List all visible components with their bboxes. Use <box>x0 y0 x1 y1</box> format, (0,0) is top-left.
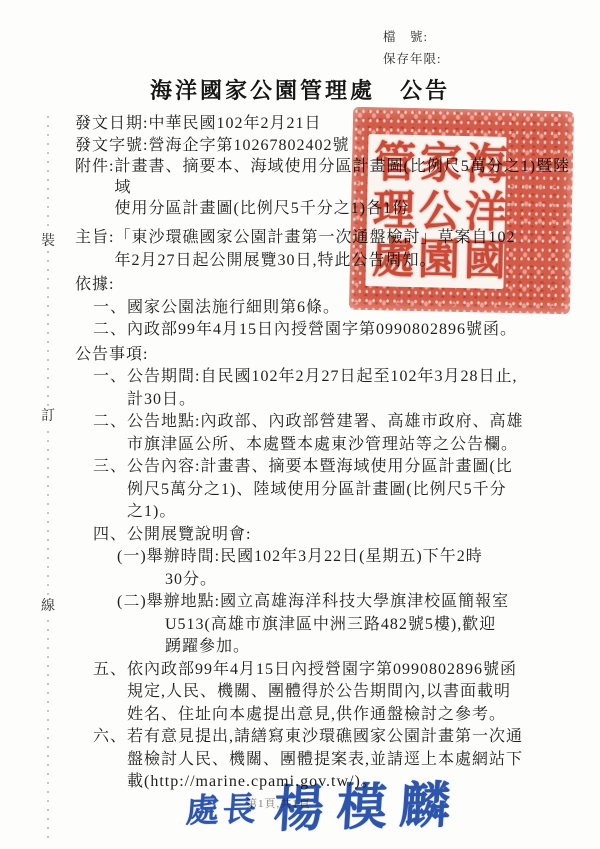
issue-date-label: 發文日期: <box>75 113 148 134</box>
announcement-item-5: 五、依內政部99年4月15日內授營園字第0990802896號函 規定,人民、機… <box>93 659 580 727</box>
file-number-block: 檔 號: 保存年限: <box>383 26 441 70</box>
announcement-item-3: 三、公告內容:計畫書、摘要本暨海域使用分區計畫圖(比 例尺5萬分之1)、陸域使用… <box>93 456 580 524</box>
retention-label: 保存年限: <box>383 48 441 70</box>
binding-dotted-line <box>47 116 49 841</box>
signature-title: 處長 <box>185 782 262 831</box>
announcement-item-1: 一、公告期間:自民國102年2月27日起至102年3月28日止, 計30日。 <box>93 366 580 411</box>
binding-mark-ding: 訂 <box>40 409 56 425</box>
binding-mark-xian: 線 <box>40 599 56 615</box>
seal-column-3: 管理處 <box>365 138 414 283</box>
announcement-item-4-sub-2: (二)舉辦地點:國立高雄海洋科技大學旗津校區簡報室 U513(高雄市旗津區中洲三… <box>117 591 580 659</box>
announcement-heading: 公告事項: <box>75 344 580 367</box>
announcement-item-2: 二、公告地點:內政部、內政部營建署、高雄市政府、高雄 市旗津區公所、本處暨本處東… <box>93 411 580 456</box>
binding-mark-zhuang: 裝 <box>40 234 56 250</box>
seal-column-2: 家公園 <box>411 139 460 284</box>
document-page: 檔 號: 保存年限: 海洋國家公園管理處 公告 裝 訂 線 發文日期: 中華民國… <box>0 0 600 849</box>
attachment-label: 附件: <box>75 156 114 219</box>
page-title: 海洋國家公園管理處 公告 <box>0 74 600 105</box>
official-seal-inner-panel: 海洋國 家公園 管理處 <box>365 134 506 289</box>
file-number-label: 檔 號: <box>383 26 441 48</box>
subject-label: 主旨: <box>75 227 114 272</box>
announcement-item-4-sub-1: (一)舉辦時間:民國102年3月22日(星期五)下午2時 30分。 <box>117 546 580 591</box>
official-seal-text: 海洋國 家公園 管理處 <box>365 138 506 285</box>
announcement-item-4: 四、公開展覽說明會: <box>93 524 580 547</box>
signature-name: 楊模麟 <box>272 765 465 842</box>
seal-column-1: 海洋國 <box>457 140 506 285</box>
director-signature: 處長 楊模麟 <box>184 764 488 844</box>
basis-item-2: 二、內政部99年4月15日內授營園字第0990802896號函。 <box>93 319 580 342</box>
doc-number-label: 發文字號: <box>75 135 148 156</box>
official-seal-stamp: 海洋國 家公園 管理處 <box>349 107 574 315</box>
